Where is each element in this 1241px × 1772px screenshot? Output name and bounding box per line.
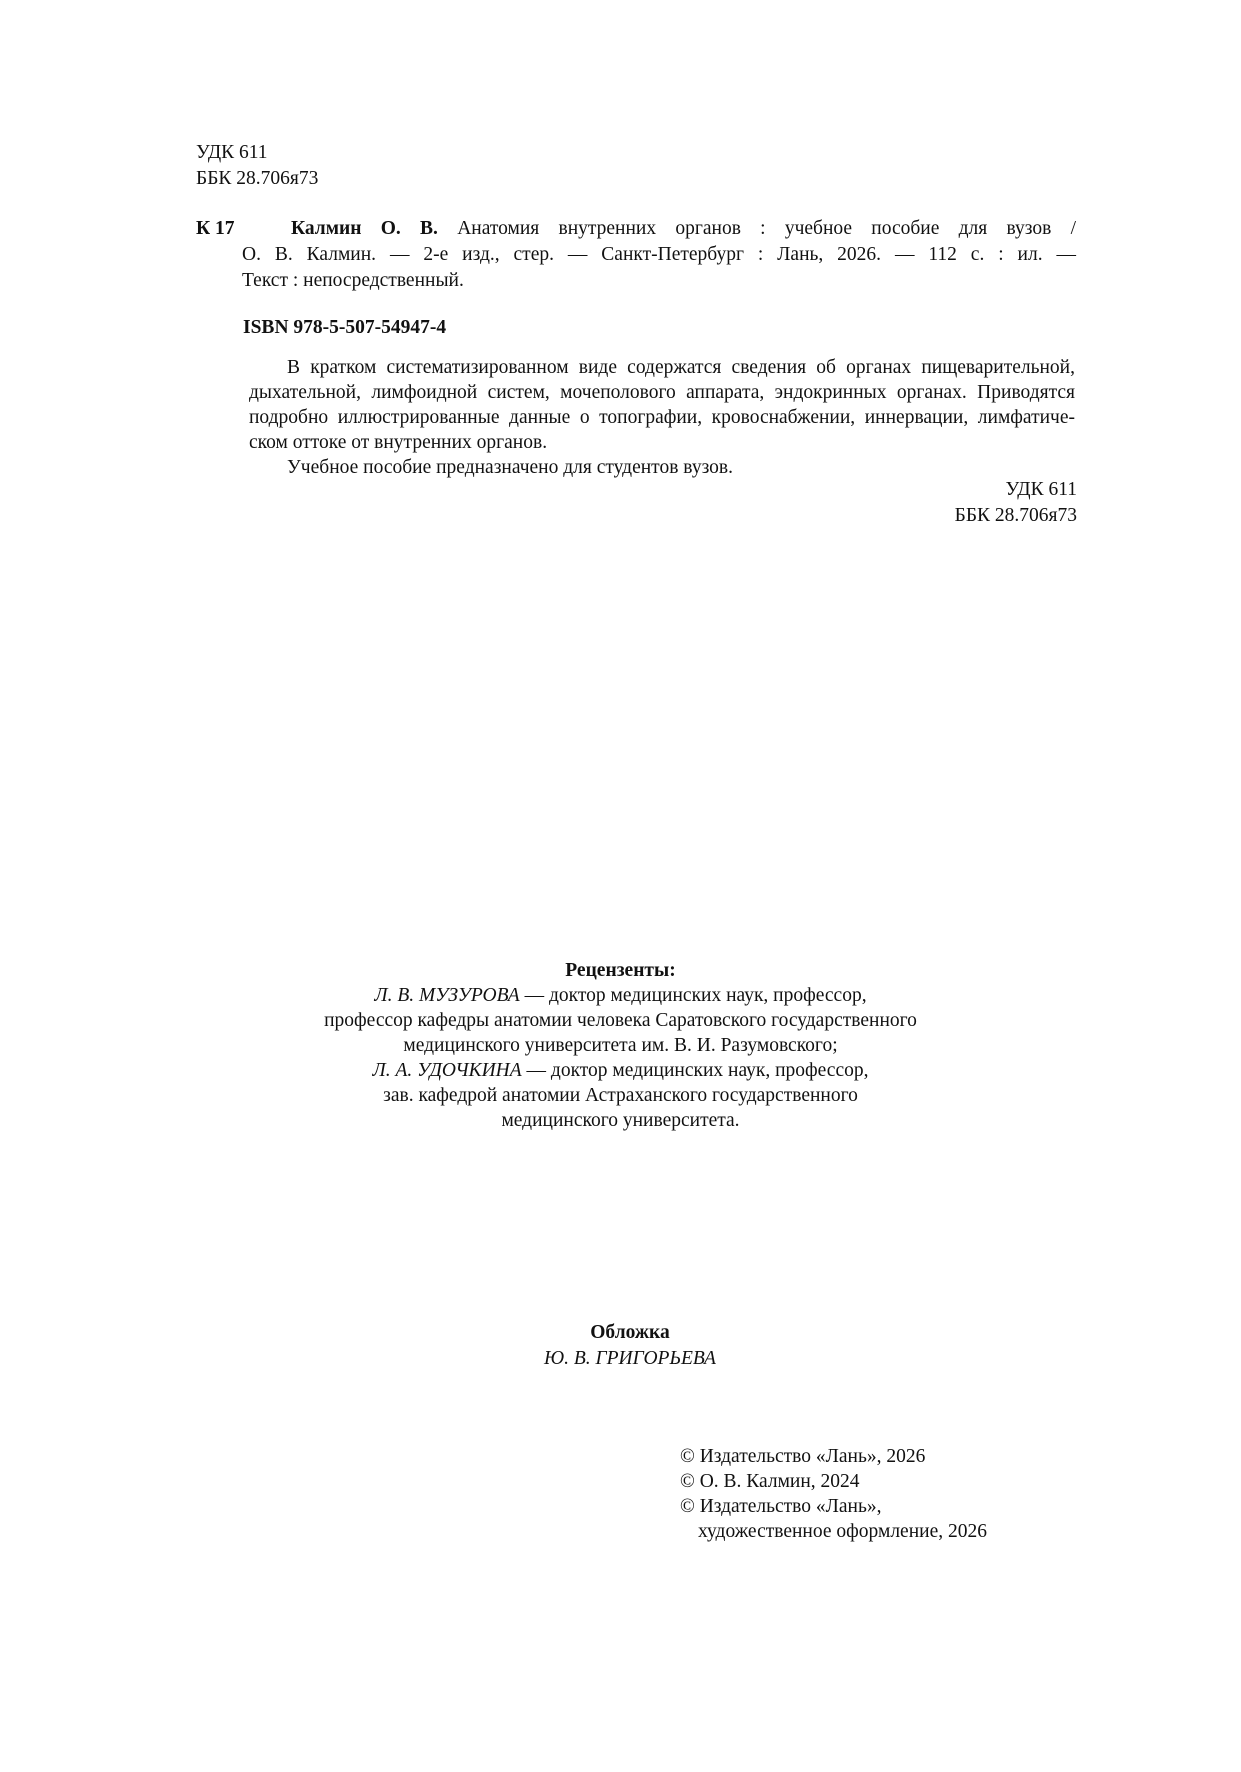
reviewers-heading: Рецензенты:	[0, 958, 1241, 983]
udk-classification-bottom: УДК 611 ББК 28.706я73	[955, 477, 1077, 529]
reviewer-2-line-1: Л. А. УДОЧКИНА — доктор медицинских наук…	[0, 1058, 1241, 1083]
author-name: Калмин О. В.	[291, 218, 438, 239]
reviewer-1-title: — доктор медицинских наук, профессор,	[520, 985, 867, 1006]
bbk-code: ББК 28.706я73	[955, 503, 1077, 529]
author-mark: К 17	[196, 216, 235, 241]
copyright-line: © Издательство «Лань»,	[680, 1494, 987, 1519]
abstract-line: ском оттоке от внутренних органов.	[249, 430, 1075, 455]
isbn: ISBN 978-5-507-54947-4	[243, 315, 446, 340]
reviewer-1-line-2: профессор кафедры анатомии человека Сара…	[0, 1008, 1241, 1033]
reviewer-1-line-3: медицинского университета им. В. И. Разу…	[0, 1033, 1241, 1058]
cover-heading: Обложка	[0, 1320, 1241, 1346]
abstract: В кратком систематизированном виде содер…	[249, 355, 1075, 480]
abstract-purpose: Учебное пособие предназначено для студен…	[249, 455, 1075, 480]
reviewers-section: Рецензенты: Л. В. МУЗУРОВА — доктор меди…	[0, 958, 1241, 1133]
reviewer-2-title: — доктор медицинских наук, профессор,	[522, 1060, 869, 1081]
copyright-block: © Издательство «Лань», 2026 © О. В. Калм…	[680, 1444, 987, 1544]
udk-classification-top: УДК 611 ББК 28.706я73	[196, 140, 318, 192]
udk-code: УДК 611	[196, 140, 318, 166]
bbk-code: ББК 28.706я73	[196, 166, 318, 192]
abstract-line: дыхательной, лимфоидной систем, мочеполо…	[249, 380, 1075, 405]
reviewer-2-name: Л. А. УДОЧКИНА	[372, 1060, 521, 1081]
copyright-line: © О. В. Калмин, 2024	[680, 1469, 987, 1494]
cover-credit: Обложка Ю. В. ГРИГОРЬЕВА	[0, 1320, 1241, 1372]
abstract-line: В кратком систематизированном виде содер…	[249, 355, 1075, 380]
copyright-line: © Издательство «Лань», 2026	[680, 1444, 987, 1469]
cover-designer: Ю. В. ГРИГОРЬЕВА	[0, 1346, 1241, 1372]
udk-code: УДК 611	[955, 477, 1077, 503]
abstract-line: подробно иллюстрированные данные о топог…	[249, 405, 1075, 430]
reviewer-2-line-2: зав. кафедрой анатомии Астраханского гос…	[0, 1083, 1241, 1108]
entry-line-3: Текст : непосредственный.	[242, 268, 1076, 293]
reviewer-2-line-3: медицинского университета.	[0, 1108, 1241, 1133]
copyright-continuation: художественное оформление, 2026	[680, 1519, 987, 1544]
reviewer-1-line-1: Л. В. МУЗУРОВА — доктор медицинских наук…	[0, 983, 1241, 1008]
bibliographic-entry: К 17 Калмин О. В. Анатомия внутренних ор…	[196, 216, 1076, 294]
entry-line-1: Калмин О. В. Анатомия внутренних органов…	[291, 216, 1076, 241]
entry-line-2: О. В. Калмин. — 2-е изд., стер. — Санкт-…	[242, 242, 1076, 267]
reviewer-1-name: Л. В. МУЗУРОВА	[374, 985, 519, 1006]
book-title: Анатомия внутренних органов : учебное по…	[438, 218, 1076, 239]
